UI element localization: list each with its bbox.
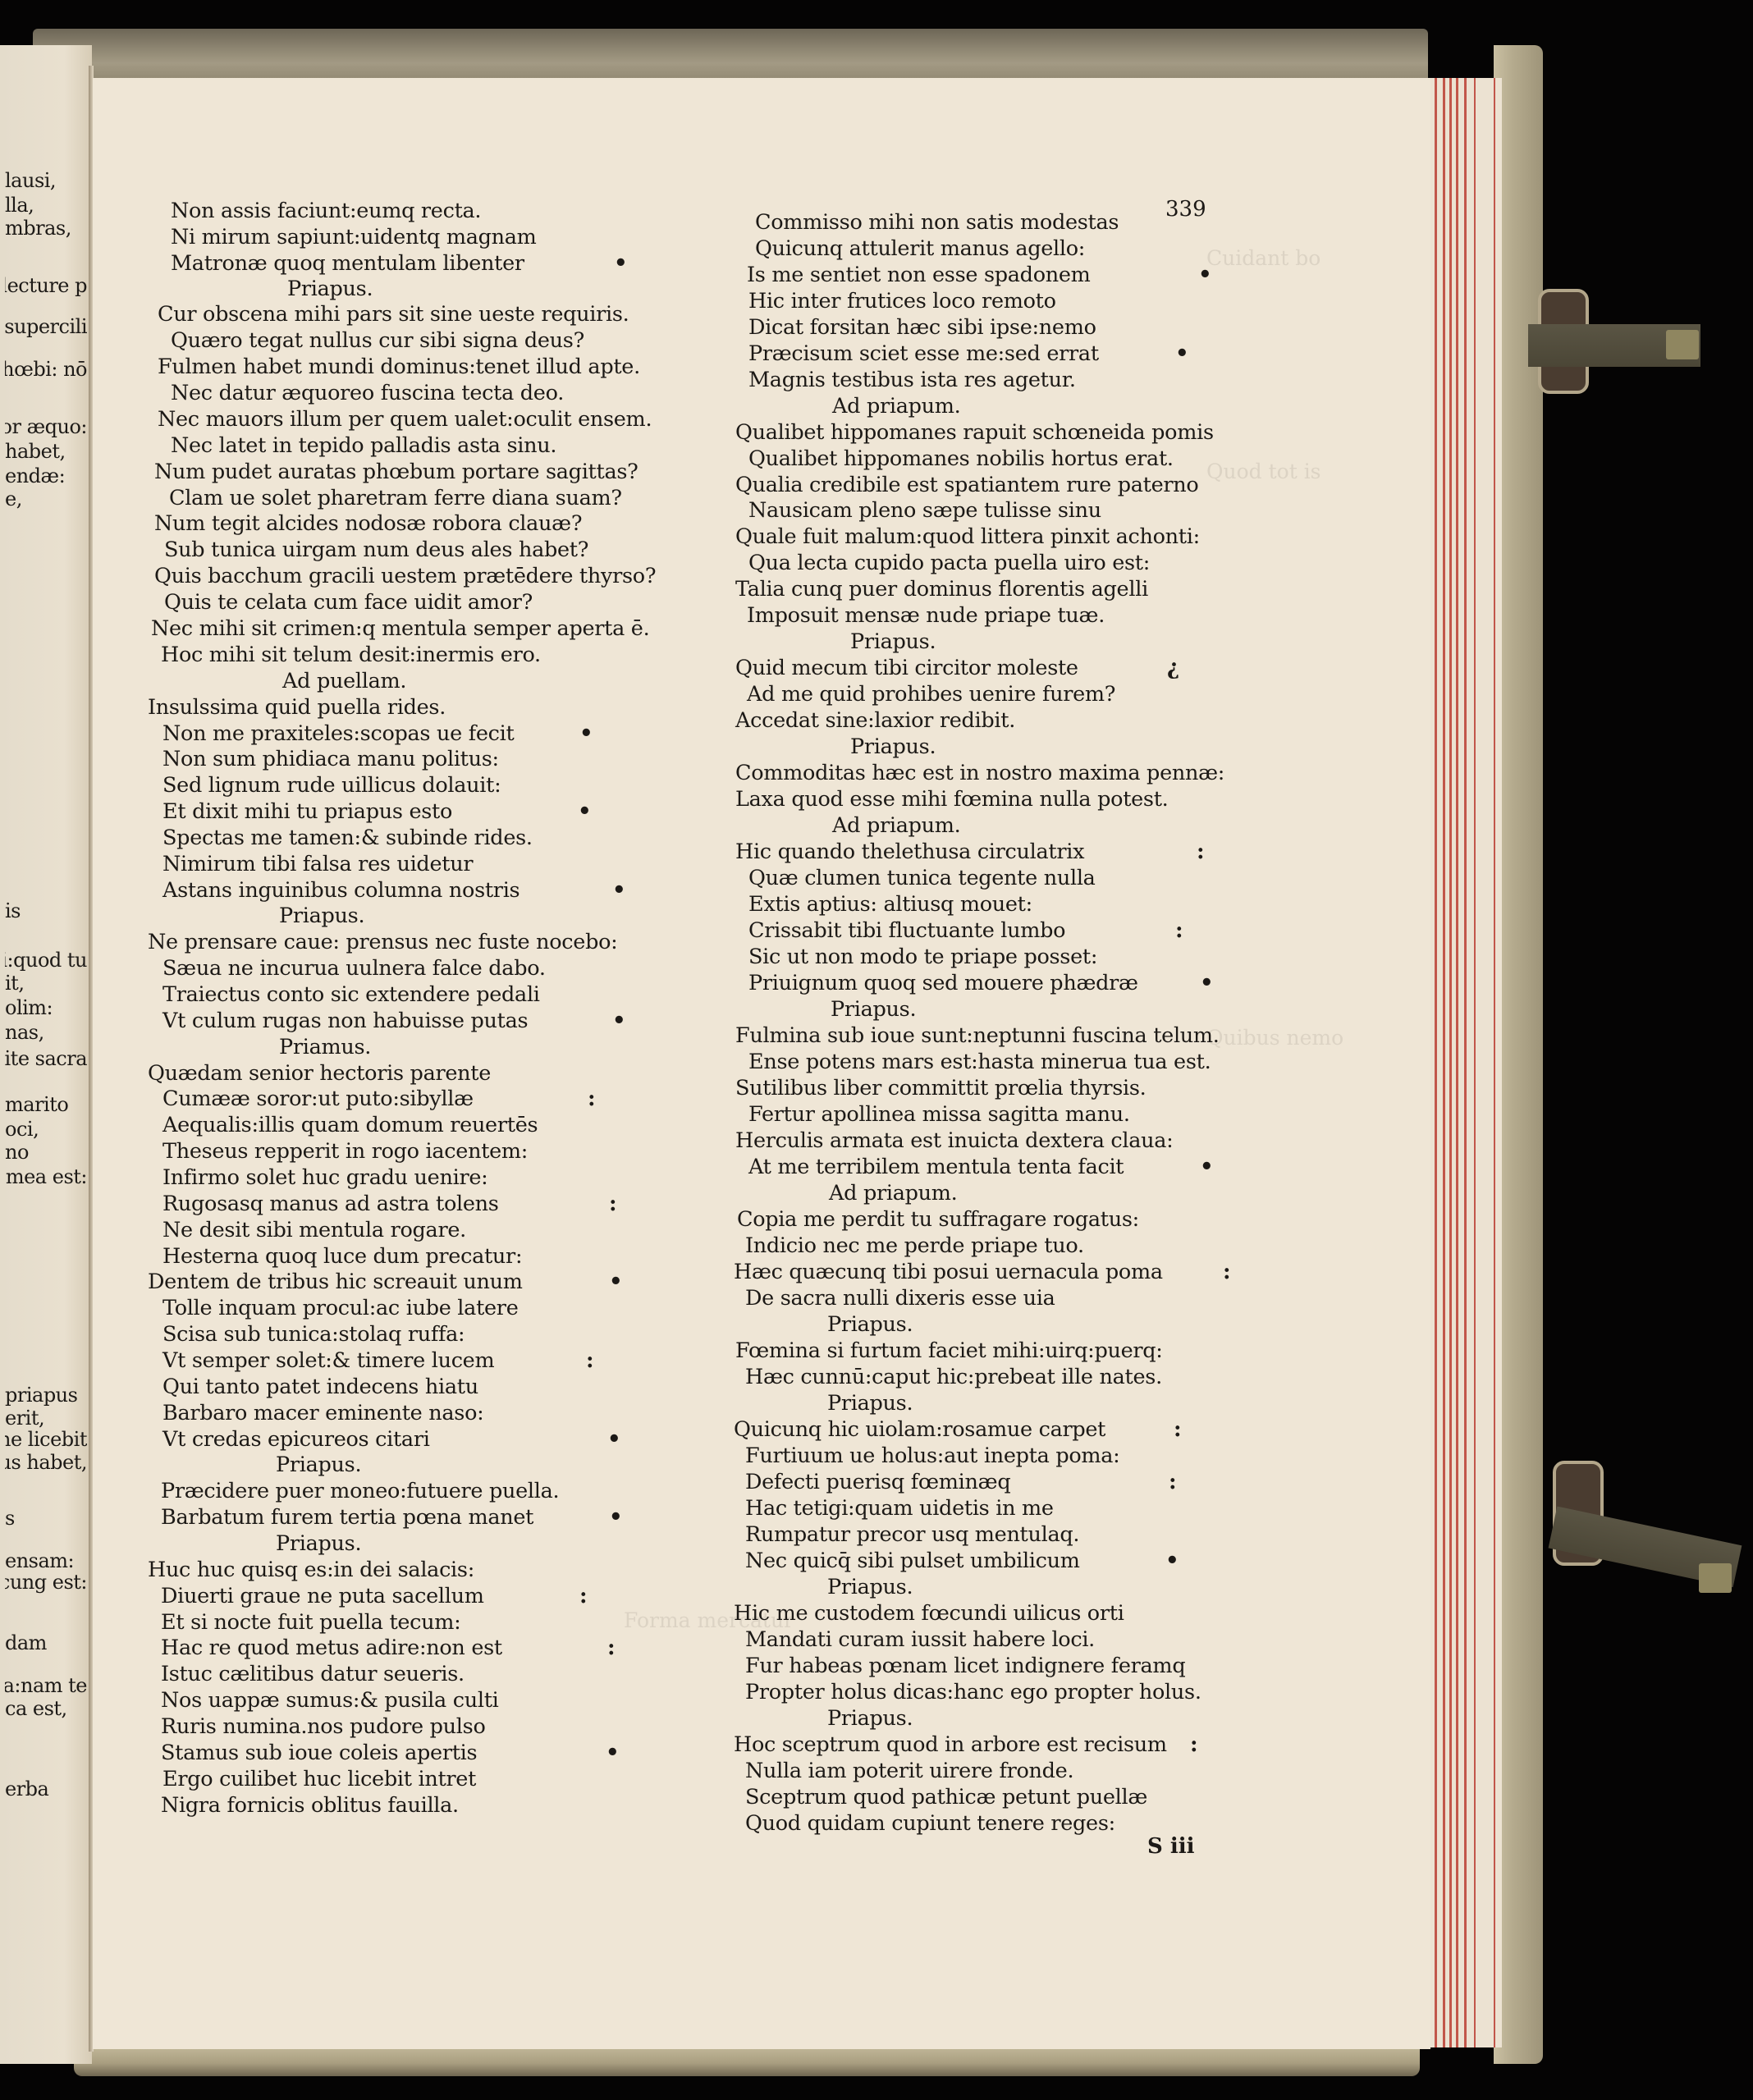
facing-page-text-fragment: nera:nam te xyxy=(5,1674,87,1697)
facing-page-text-fragment: supercili xyxy=(5,315,87,338)
verse-line: Scisa sub tunica:stolaq ruffa: xyxy=(162,1322,465,1347)
marginal-punctuation-mark: : xyxy=(607,1636,616,1660)
verse-line: Nigra fornicis oblitus fauilla. xyxy=(161,1793,459,1818)
verse-line: Quid mecum tibi circitor moleste xyxy=(735,656,1078,680)
verse-line: Diuerti graue ne puta sacellum xyxy=(161,1584,484,1608)
verse-line: Magnis testibus ista res agetur. xyxy=(748,368,1076,392)
verse-line: Matronæ quoq mentulam libenter xyxy=(171,251,524,276)
section-heading: Priapus. xyxy=(850,734,936,759)
marginal-punctuation-mark: • xyxy=(1200,971,1214,995)
facing-page-text-fragment: it, xyxy=(5,972,87,995)
verse-line: Non sum phidiaca manu politus: xyxy=(162,747,499,771)
section-heading: Ad puellam. xyxy=(282,669,406,693)
verse-line: Traiectus conto sic extendere pedali xyxy=(162,982,540,1007)
verse-line: Aequalis:illis quam domum reuertēs xyxy=(162,1113,538,1137)
verse-line: Quicunq hic uiolam:rosamue carpet xyxy=(734,1417,1105,1442)
marginal-punctuation-mark: • xyxy=(607,1427,621,1452)
verse-line: Insulssima quid puella rides. xyxy=(148,695,446,720)
marginal-punctuation-mark: • xyxy=(609,1270,623,1294)
verse-line: Vt credas epicureos citari xyxy=(162,1427,430,1452)
verse-line: Furtiuum ue holus:aut inepta poma: xyxy=(745,1443,1119,1468)
verse-line: Hoc mihi sit telum desit:inermis ero. xyxy=(161,643,541,667)
verse-line: Hæc cunnū:caput hic:prebeat ille nates. xyxy=(745,1365,1162,1389)
verse-line: Istuc cælitibus datur seueris. xyxy=(161,1662,465,1686)
verse-line: Barbatum furem tertia pœna manet xyxy=(161,1505,533,1530)
verse-line: Et dixit mihi tu priapus esto xyxy=(162,799,452,824)
facing-page-text-fragment: une licebit xyxy=(5,1428,87,1451)
marginal-punctuation-mark: : xyxy=(1223,1260,1231,1284)
verse-line: Cumææ soror:ut puto:sibyllæ xyxy=(162,1087,474,1111)
facing-left-page: lausi,lla,mbras,s lecture psuperciliphœb… xyxy=(0,45,92,2064)
upper-clasp-tip xyxy=(1666,330,1699,359)
verse-line: Nec latet in tepido palladis asta sinu. xyxy=(171,433,556,458)
verse-line: Ni mirum sapiunt:uidentq magnam xyxy=(171,225,537,249)
verse-line: Nec quicq̄ sibi pulset umbilicum xyxy=(745,1549,1080,1573)
section-heading: Priapus. xyxy=(276,1531,361,1556)
section-heading: Ad priapum. xyxy=(832,813,960,838)
verse-line: Nulla iam poterit uirere fronde. xyxy=(745,1759,1073,1783)
verse-line: Ad me quid prohibes uenire furem? xyxy=(747,682,1115,707)
section-heading: Ad priapum. xyxy=(829,1181,957,1206)
section-heading: Priamus. xyxy=(279,1035,371,1059)
verse-line: Nos uappæ sumus:& pusila culti xyxy=(161,1688,499,1713)
marginal-punctuation-mark: : xyxy=(1190,1732,1198,1757)
verse-line: Accedat sine:laxior redibit. xyxy=(735,708,1015,733)
verse-line: Propter holus dicas:hanc ego propter hol… xyxy=(745,1680,1201,1704)
verse-line: Hoc sceptrum quod in arbore est recisum xyxy=(734,1732,1167,1757)
verse-line: Clam ue solet pharetram ferre diana suam… xyxy=(169,486,622,510)
verse-line: Quis te celata cum face uidit amor? xyxy=(164,590,533,615)
verse-line: Quædam senior hectoris parente xyxy=(148,1061,491,1086)
facing-page-text-fragment: ensam: xyxy=(5,1549,87,1572)
section-heading: Priapus. xyxy=(831,997,916,1022)
verse-line: Nausicam pleno sæpe tulisse sinu xyxy=(748,498,1101,523)
facing-page-text-fragment: habet, xyxy=(5,440,87,463)
verse-line: Nec mauors illum per quem ualet:oculit e… xyxy=(158,407,652,432)
verse-line: De sacra nulli dixeris esse uia xyxy=(745,1286,1055,1311)
facing-page-text-fragment: marito xyxy=(5,1093,87,1116)
verse-line: Hesterna quoq luce dum precatur: xyxy=(162,1244,522,1269)
folio-number: 339 xyxy=(1165,197,1206,222)
facing-page-text-fragment: is xyxy=(5,899,87,922)
verse-line: Nimirum tibi falsa res uidetur xyxy=(162,852,473,876)
verse-line: Num tegit alcides nodosæ robora clauæ? xyxy=(154,511,582,536)
verse-line: Rumpatur precor usq mentulaq. xyxy=(745,1522,1079,1547)
verse-line: Quæro tegat nullus cur sibi signa deus? xyxy=(171,328,584,353)
section-heading: Priapus. xyxy=(827,1391,913,1416)
verse-line: Ruris numina.nos pudore pulso xyxy=(161,1714,486,1739)
verse-line: Hæc quæcunq tibi posui uernacula poma xyxy=(734,1260,1163,1284)
verse-line: Cur obscena mihi pars sit sine ueste req… xyxy=(158,302,629,327)
facing-page-text-fragment: nas, xyxy=(5,1021,87,1044)
marginal-punctuation-mark: • xyxy=(1198,263,1212,287)
verse-line: Ne desit sibi mentula rogare. xyxy=(162,1218,466,1242)
marginal-punctuation-mark: : xyxy=(579,1584,588,1608)
facing-page-text-fragment: endæ: xyxy=(5,464,87,487)
verse-line: Hac tetigi:quam uidetis in me xyxy=(745,1496,1054,1521)
marginal-punctuation-mark: : xyxy=(609,1192,617,1216)
marginal-punctuation-mark: ¿ xyxy=(1167,656,1179,680)
verse-line: Quod quidam cupiunt tenere reges: xyxy=(745,1811,1115,1836)
facing-page-text-fragment: dam xyxy=(5,1631,87,1654)
verse-line: Hac re quod metus adire:non est xyxy=(161,1636,502,1660)
facing-page-text-fragment: no xyxy=(5,1141,87,1164)
verse-line: Sceptrum quod pathicæ petunt puellæ xyxy=(745,1785,1147,1809)
page-fore-edge xyxy=(1428,78,1502,2047)
facing-page-text-fragment: s lecture p xyxy=(5,274,87,297)
marginal-punctuation-mark: • xyxy=(1165,1549,1179,1573)
verse-line: Fulmen habet mundi dominus:tenet illud a… xyxy=(158,355,640,379)
marginal-punctuation-mark: • xyxy=(578,799,592,824)
verse-line: Is me sentiet non esse spadonem xyxy=(747,263,1091,287)
facing-page-text-fragment: lla, xyxy=(5,194,87,217)
verse-line: Præcisum sciet esse me:sed errat xyxy=(748,341,1099,366)
marginal-punctuation-mark: : xyxy=(1174,1417,1182,1442)
section-heading: Priapus. xyxy=(276,1453,361,1477)
verse-line: Rugosasq manus ad astra tolens xyxy=(162,1192,499,1216)
section-heading: Priapus. xyxy=(287,277,373,301)
section-heading: Priapus. xyxy=(827,1575,913,1599)
section-heading: Priapus. xyxy=(827,1312,913,1337)
facing-page-text-fragment: us habet, xyxy=(5,1451,87,1474)
verse-line: Qualia credibile est spatiantem rure pat… xyxy=(735,473,1198,497)
facing-page-text-fragment: olim: xyxy=(5,996,87,1019)
verse-line: Infirmo solet huc gradu uenire: xyxy=(162,1165,487,1190)
verse-line: Qualibet hippomanes rapuit schœneida pom… xyxy=(735,420,1214,445)
lower-clasp-tip xyxy=(1699,1563,1732,1593)
marginal-punctuation-mark: • xyxy=(1175,341,1189,366)
facing-page-text-fragment: alite sacra xyxy=(5,1047,87,1070)
verse-line: Crissabit tibi fluctuante lumbo xyxy=(748,918,1065,943)
verse-line: Copia me perdit tu suffragare rogatus: xyxy=(737,1207,1139,1232)
marginal-punctuation-mark: • xyxy=(1200,1155,1214,1179)
verse-line: Talia cunq puer dominus florentis agelli xyxy=(735,577,1148,602)
marginal-punctuation-mark: • xyxy=(609,1505,623,1530)
verse-line: Mandati curam iussit habere loci. xyxy=(745,1627,1095,1652)
facing-page-text-fragment: ca est, xyxy=(5,1697,87,1720)
verse-line: Indicio nec me perde priape tuo. xyxy=(745,1233,1084,1258)
marginal-punctuation-mark: • xyxy=(579,721,593,746)
verse-line: Quæ clumen tunica tegente nulla xyxy=(748,866,1096,890)
facing-page-text-fragment: e, xyxy=(5,487,87,510)
verse-line: Extis aptius: altiusq mouet: xyxy=(748,892,1032,917)
verse-line: Dentem de tribus hic screauit unum xyxy=(148,1270,523,1294)
verse-line: Sæua ne incurua uulnera falce dabo. xyxy=(162,956,546,981)
verse-line: Sub tunica uirgam num deus ales habet? xyxy=(164,538,588,562)
verse-line: Commisso mihi non satis modestas xyxy=(755,210,1119,235)
marginal-punctuation-mark: : xyxy=(1169,1470,1177,1494)
facing-page-text-fragment: priapus xyxy=(5,1384,87,1407)
marginal-punctuation-mark: : xyxy=(1175,918,1183,943)
verse-line: Ne prensare caue: prensus nec fuste noce… xyxy=(148,930,617,954)
facing-page-text-fragment: a mea est: xyxy=(5,1165,87,1188)
verse-line: Hic me custodem fœcundi uilicus orti xyxy=(734,1601,1124,1626)
facing-page-text-fragment: erit, xyxy=(5,1407,87,1430)
verse-line: Priuignum quoq sed mouere phædræ xyxy=(748,971,1138,995)
section-heading: Priapus. xyxy=(850,629,936,654)
marginal-punctuation-mark: • xyxy=(612,1009,626,1033)
verse-line: Astans inguinibus columna nostris xyxy=(162,878,519,903)
verse-line: Qui tanto patet indecens hiatu xyxy=(162,1375,478,1399)
verse-line: Quale fuit malum:quod littera pinxit ach… xyxy=(735,524,1200,549)
verse-line: Num pudet auratas phœbum portare sagitta… xyxy=(154,460,638,484)
verse-line: Dicat forsitan hæc sibi ipse:nemo xyxy=(748,315,1096,340)
marginal-punctuation-mark: • xyxy=(612,878,626,903)
marginal-punctuation-mark: • xyxy=(614,251,628,276)
verse-line: Sutilibus liber committit prœlia thyrsis… xyxy=(735,1076,1146,1100)
marginal-punctuation-mark: : xyxy=(1197,840,1205,864)
facing-page-text-fragment: oci, xyxy=(5,1118,87,1141)
verse-line: Et si nocte fuit puella tecum: xyxy=(161,1610,460,1635)
verse-line: Sed lignum rude uillicus dolauit: xyxy=(162,773,501,798)
verse-line: Nec datur æquoreo fuscina tecta deo. xyxy=(171,381,564,405)
verse-line: Sic ut non modo te priape posset: xyxy=(748,945,1097,969)
verse-line: Fertur apollinea missa sagitta manu. xyxy=(748,1102,1130,1127)
verse-line: Quis bacchum gracili uestem prætēdere th… xyxy=(154,564,656,588)
verse-line: Laxa quod esse mihi fœmina nulla potest. xyxy=(735,787,1168,812)
verse-line: Commoditas hæc est in nostro maxima penn… xyxy=(735,761,1224,785)
verse-line: Hic quando thelethusa circulatrix xyxy=(735,840,1084,864)
verse-line: Theseus repperit in rogo iacentem: xyxy=(162,1139,528,1164)
verse-line: Vt culum rugas non habuisse putas xyxy=(162,1009,528,1033)
marginal-punctuation-mark: : xyxy=(588,1087,596,1111)
facing-page-text-fragment: s xyxy=(5,1507,87,1530)
verse-line: Vt semper solet:& timere lucem xyxy=(162,1348,494,1373)
verse-line: Herculis armata est inuicta dextera clau… xyxy=(735,1128,1173,1153)
verse-line: Huc huc quisq es:in dei salacis: xyxy=(148,1558,474,1582)
verse-line: Qualibet hippomanes nobilis hortus erat. xyxy=(748,446,1174,471)
verse-line: Tolle inquam procul:ac iube latere xyxy=(162,1296,519,1320)
facing-page-text-fragment: sior æquo: xyxy=(5,415,87,438)
marginal-punctuation-mark: : xyxy=(586,1348,594,1373)
verse-line: Non assis faciunt:eumq recta. xyxy=(171,199,481,223)
verse-line: Ergo cuilibet huc licebit intret xyxy=(162,1767,476,1791)
verse-line: Quicunq attulerit manus agello: xyxy=(755,236,1085,261)
facing-page-text-fragment: erba xyxy=(5,1777,87,1800)
verse-line: Defecti puerisq fœminæq xyxy=(745,1470,1010,1494)
facing-page-text-fragment: lausi, xyxy=(5,169,87,192)
verse-line: Fulmina sub ioue sunt:neptunni fuscina t… xyxy=(735,1023,1220,1048)
section-heading: Ad priapum. xyxy=(832,394,960,419)
verse-line: Imposuit mensæ nude priape tuæ. xyxy=(747,603,1105,628)
verse-line: Stamus sub ioue coleis apertis xyxy=(161,1741,477,1765)
facing-page-text-fragment: i:quod tu xyxy=(5,949,87,972)
section-heading: Priapus. xyxy=(279,904,364,928)
verse-line: Fœmina si furtum faciet mihi:uirq:puerq: xyxy=(735,1338,1163,1363)
verse-line: Non me praxiteles:scopas ue fecit xyxy=(162,721,514,746)
facing-page-text-fragment: acung est: xyxy=(5,1571,87,1594)
verse-line: Hic inter frutices loco remoto xyxy=(748,289,1056,313)
marginal-punctuation-mark: • xyxy=(606,1741,620,1765)
facing-page-text-fragment: phœbi: nō xyxy=(5,358,87,381)
verse-line: Barbaro macer eminente naso: xyxy=(162,1401,483,1425)
verse-line: Ense potens mars est:hasta minerua tua e… xyxy=(748,1050,1211,1074)
signature-mark: S iii xyxy=(1147,1834,1194,1859)
section-heading: Priapus. xyxy=(827,1706,913,1731)
verse-line: At me terribilem mentula tenta facit xyxy=(748,1155,1124,1179)
verse-line: Qua lecta cupido pacta puella uiro est: xyxy=(748,551,1150,575)
verse-line: Spectas me tamen:& subinde rides. xyxy=(162,826,533,850)
verse-line: Præcidere puer moneo:futuere puella. xyxy=(161,1479,559,1503)
verse-line: Nec mihi sit crimen:q mentula semper ape… xyxy=(151,616,649,641)
facing-page-text-fragment: mbras, xyxy=(5,217,87,240)
verse-line: Fur habeas pœnam licet indignere feramq xyxy=(745,1654,1185,1678)
